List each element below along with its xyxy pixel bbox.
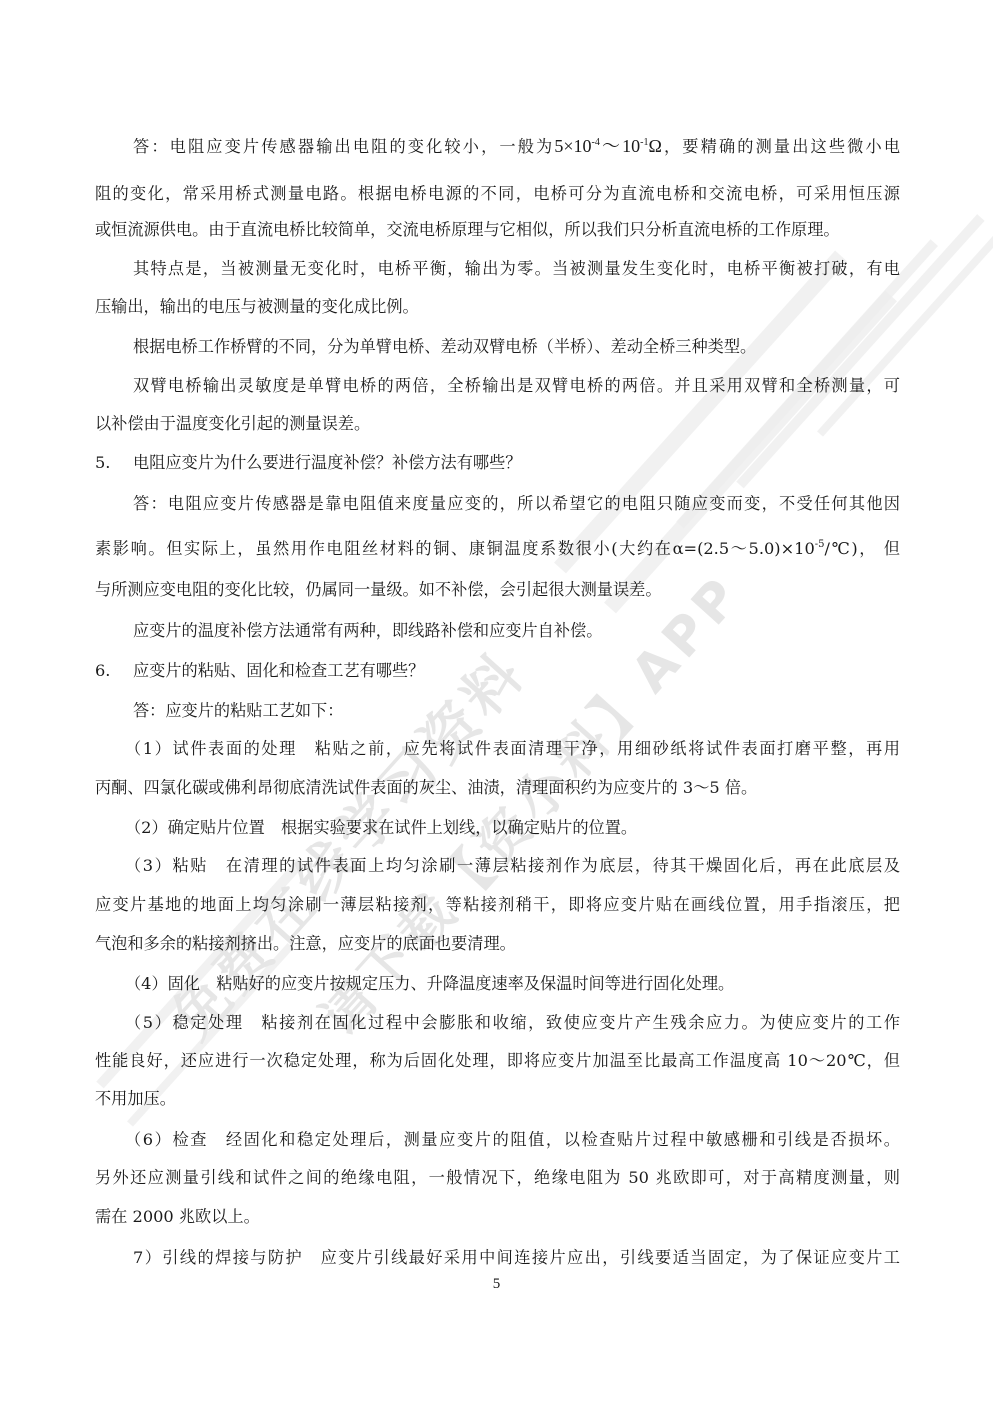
step-line: 不用加压。 [95, 1087, 900, 1111]
paragraph-line: 答：应变片的粘贴工艺如下： [133, 699, 938, 723]
question-text: 应变片的粘贴、固化和检查工艺有哪些？ [133, 661, 424, 680]
page-number: 5 [0, 1276, 993, 1293]
step-line: 性能良好，还应进行一次稳定处理，称为后固化处理，即将应变片加温至比最高工作温度高… [95, 1049, 900, 1073]
paragraph-line: 或恒流源供电。由于直流电桥比较简单，交流电桥原理与它相似，所以我们只分析直流电桥… [95, 218, 900, 242]
step-line: 7）引线的焊接与防护 应变片引线最好采用中间连接片应出，引线要适当固定，为了保证… [133, 1246, 900, 1270]
question-text: 电阻应变片为什么要进行温度补偿？补偿方法有哪些？ [133, 453, 522, 472]
formula-base: ～10 [600, 136, 640, 156]
text-span: ，要精确的测量出这些微小电 [662, 137, 900, 156]
question-5: 5.电阻应变片为什么要进行温度补偿？补偿方法有哪些？ [95, 451, 900, 475]
formula-exponent: -4 [592, 137, 600, 148]
paragraph-line: 双臂电桥输出灵敏度是单臂电桥的两倍，全桥输出是双臂电桥的两倍。并且采用双臂和全桥… [133, 374, 900, 398]
formula-exponent: -1 [640, 137, 648, 148]
paragraph-line: 素影响。但实际上，虽然用作电阻丝材料的铜、康铜温度系数很小(大约在α=(2.5～… [95, 537, 900, 564]
paragraph-line: 以补偿由于温度变化引起的测量误差。 [95, 412, 900, 436]
question-number: 5. [95, 451, 133, 475]
paragraph-line: 应变片的温度补偿方法通常有两种，即线路补偿和应变片自补偿。 [133, 619, 938, 643]
step-line: 另外还应测量引线和试件之间的绝缘电阻，一般情况下，绝缘电阻为 50 兆欧即可，对… [95, 1166, 900, 1190]
paragraph-line: 答：电阻应变片传感器是靠电阻值来度量应变的，所以希望它的电阻只随应变而变，不受任… [133, 492, 900, 516]
text-span: 答：电阻应变片传感器输出电阻的变化较小，一般为 [133, 137, 554, 156]
step-line: 气泡和多余的粘接剂挤出。注意，应变片的底面也要清理。 [95, 932, 900, 956]
text-span: /℃)， 但 [825, 539, 900, 558]
paragraph-line: 答：电阻应变片传感器输出电阻的变化较小，一般为5×10-4～10-1Ω，要精确的… [95, 134, 900, 162]
question-6: 6.应变片的粘贴、固化和检查工艺有哪些？ [95, 659, 900, 683]
paragraph-line: 压输出，输出的电压与被测量的变化成比例。 [95, 295, 900, 319]
step-line: 应变片基地的地面上均匀涂刷一薄层粘接剂，等粘接剂稍干，即将应变片贴在画线位置，用… [95, 893, 900, 917]
formula-unit: Ω [648, 136, 661, 156]
formula-resistance-range: 5×10-4～10-1Ω [554, 136, 662, 156]
step-line: （1）试件表面的处理 粘贴之前，应先将试件表面清理干净，用细砂纸将试件表面打磨平… [125, 737, 900, 761]
step-line: 需在 2000 兆欧以上。 [95, 1205, 900, 1229]
formula-base: 5×10 [554, 136, 591, 156]
text-span: 素影响。但实际上，虽然用作电阻丝材料的铜、康铜温度系数很小(大约在α=(2.5～… [95, 539, 815, 558]
paragraph-line: 阻的变化，常采用桥式测量电路。根据电桥电源的不同，电桥可分为直流电桥和交流电桥，… [95, 182, 900, 206]
step-line: （5）稳定处理 粘接剂在固化过程中会膨胀和收缩，致使应变片产生残余应力。为使应变… [125, 1011, 900, 1035]
step-line: （6）检查 经固化和稳定处理后，测量应变片的阻值，以检查贴片过程中敏感栅和引线是… [125, 1128, 900, 1152]
paragraph-line: 其特点是，当被测量无变化时，电桥平衡，输出为零。当被测量发生变化时，电桥平衡被打… [133, 257, 900, 281]
paragraph-line: 与所测应变电阻的变化比较，仍属同一量级。如不补偿，会引起很大测量误差。 [95, 578, 900, 602]
document-page: 答：电阻应变片传感器输出电阻的变化较小，一般为5×10-4～10-1Ω，要精确的… [0, 0, 993, 1404]
step-line: （3）粘贴 在清理的试件表面上均匀涂刷一薄层粘接剂作为底层，待其干燥固化后，再在… [125, 854, 900, 878]
step-line: 丙酮、四氯化碳或佛利昂彻底清洗试件表面的灰尘、油渍，清理面积约为应变片的 3～5… [95, 776, 900, 800]
formula-exponent: -5 [815, 539, 825, 550]
question-number: 6. [95, 659, 133, 683]
paragraph-line: 根据电桥工作桥臂的不同，分为单臂电桥、差动双臂电桥（半桥）、差动全桥三种类型。 [133, 335, 938, 359]
step-line: （4）固化 粘贴好的应变片按规定压力、升降温度速率及保温时间等进行固化处理。 [125, 972, 930, 996]
step-line: （2）确定贴片位置 根据实验要求在试件上划线，以确定贴片的位置。 [125, 816, 930, 840]
